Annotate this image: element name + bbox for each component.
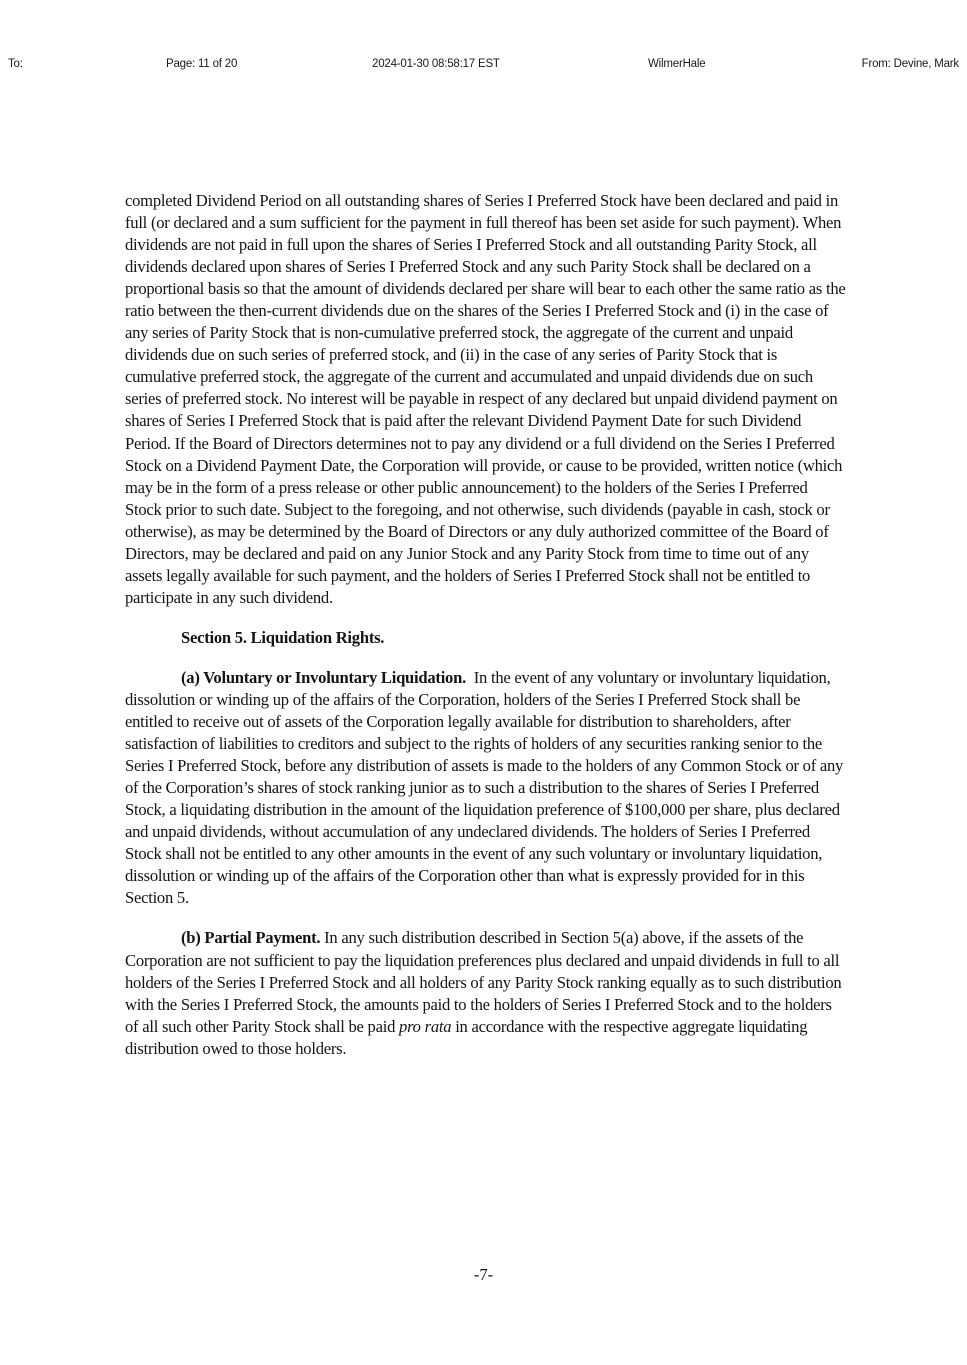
fax-timestamp: 2024-01-30 08:58:17 EST bbox=[372, 58, 500, 70]
subsection-b-heading: (b) Partial Payment. bbox=[181, 928, 320, 947]
subsection-a-text: In the event of any voluntary or involun… bbox=[125, 668, 843, 907]
fax-firm: WilmerHale bbox=[648, 58, 705, 70]
page-number: -7- bbox=[0, 1265, 967, 1285]
fax-from: From: Devine, Mark bbox=[862, 58, 959, 70]
subsection-a-heading: (a) Voluntary or Involuntary Liquidation… bbox=[181, 668, 466, 687]
fax-transmission-header: To: Page: 11 of 20 2024-01-30 08:58:17 E… bbox=[0, 58, 967, 78]
fax-page-count: Page: 11 of 20 bbox=[166, 58, 237, 70]
dividend-paragraph: completed Dividend Period on all outstan… bbox=[125, 190, 847, 609]
document-body: completed Dividend Period on all outstan… bbox=[125, 190, 847, 1060]
subsection-a-paragraph: (a) Voluntary or Involuntary Liquidation… bbox=[125, 667, 847, 910]
section-5-heading: Section 5. Liquidation Rights. bbox=[125, 627, 847, 649]
fax-to: To: bbox=[8, 58, 23, 70]
pro-rata-term: pro rata bbox=[399, 1017, 451, 1036]
subsection-b-paragraph: (b) Partial Payment. In any such distrib… bbox=[125, 927, 847, 1059]
